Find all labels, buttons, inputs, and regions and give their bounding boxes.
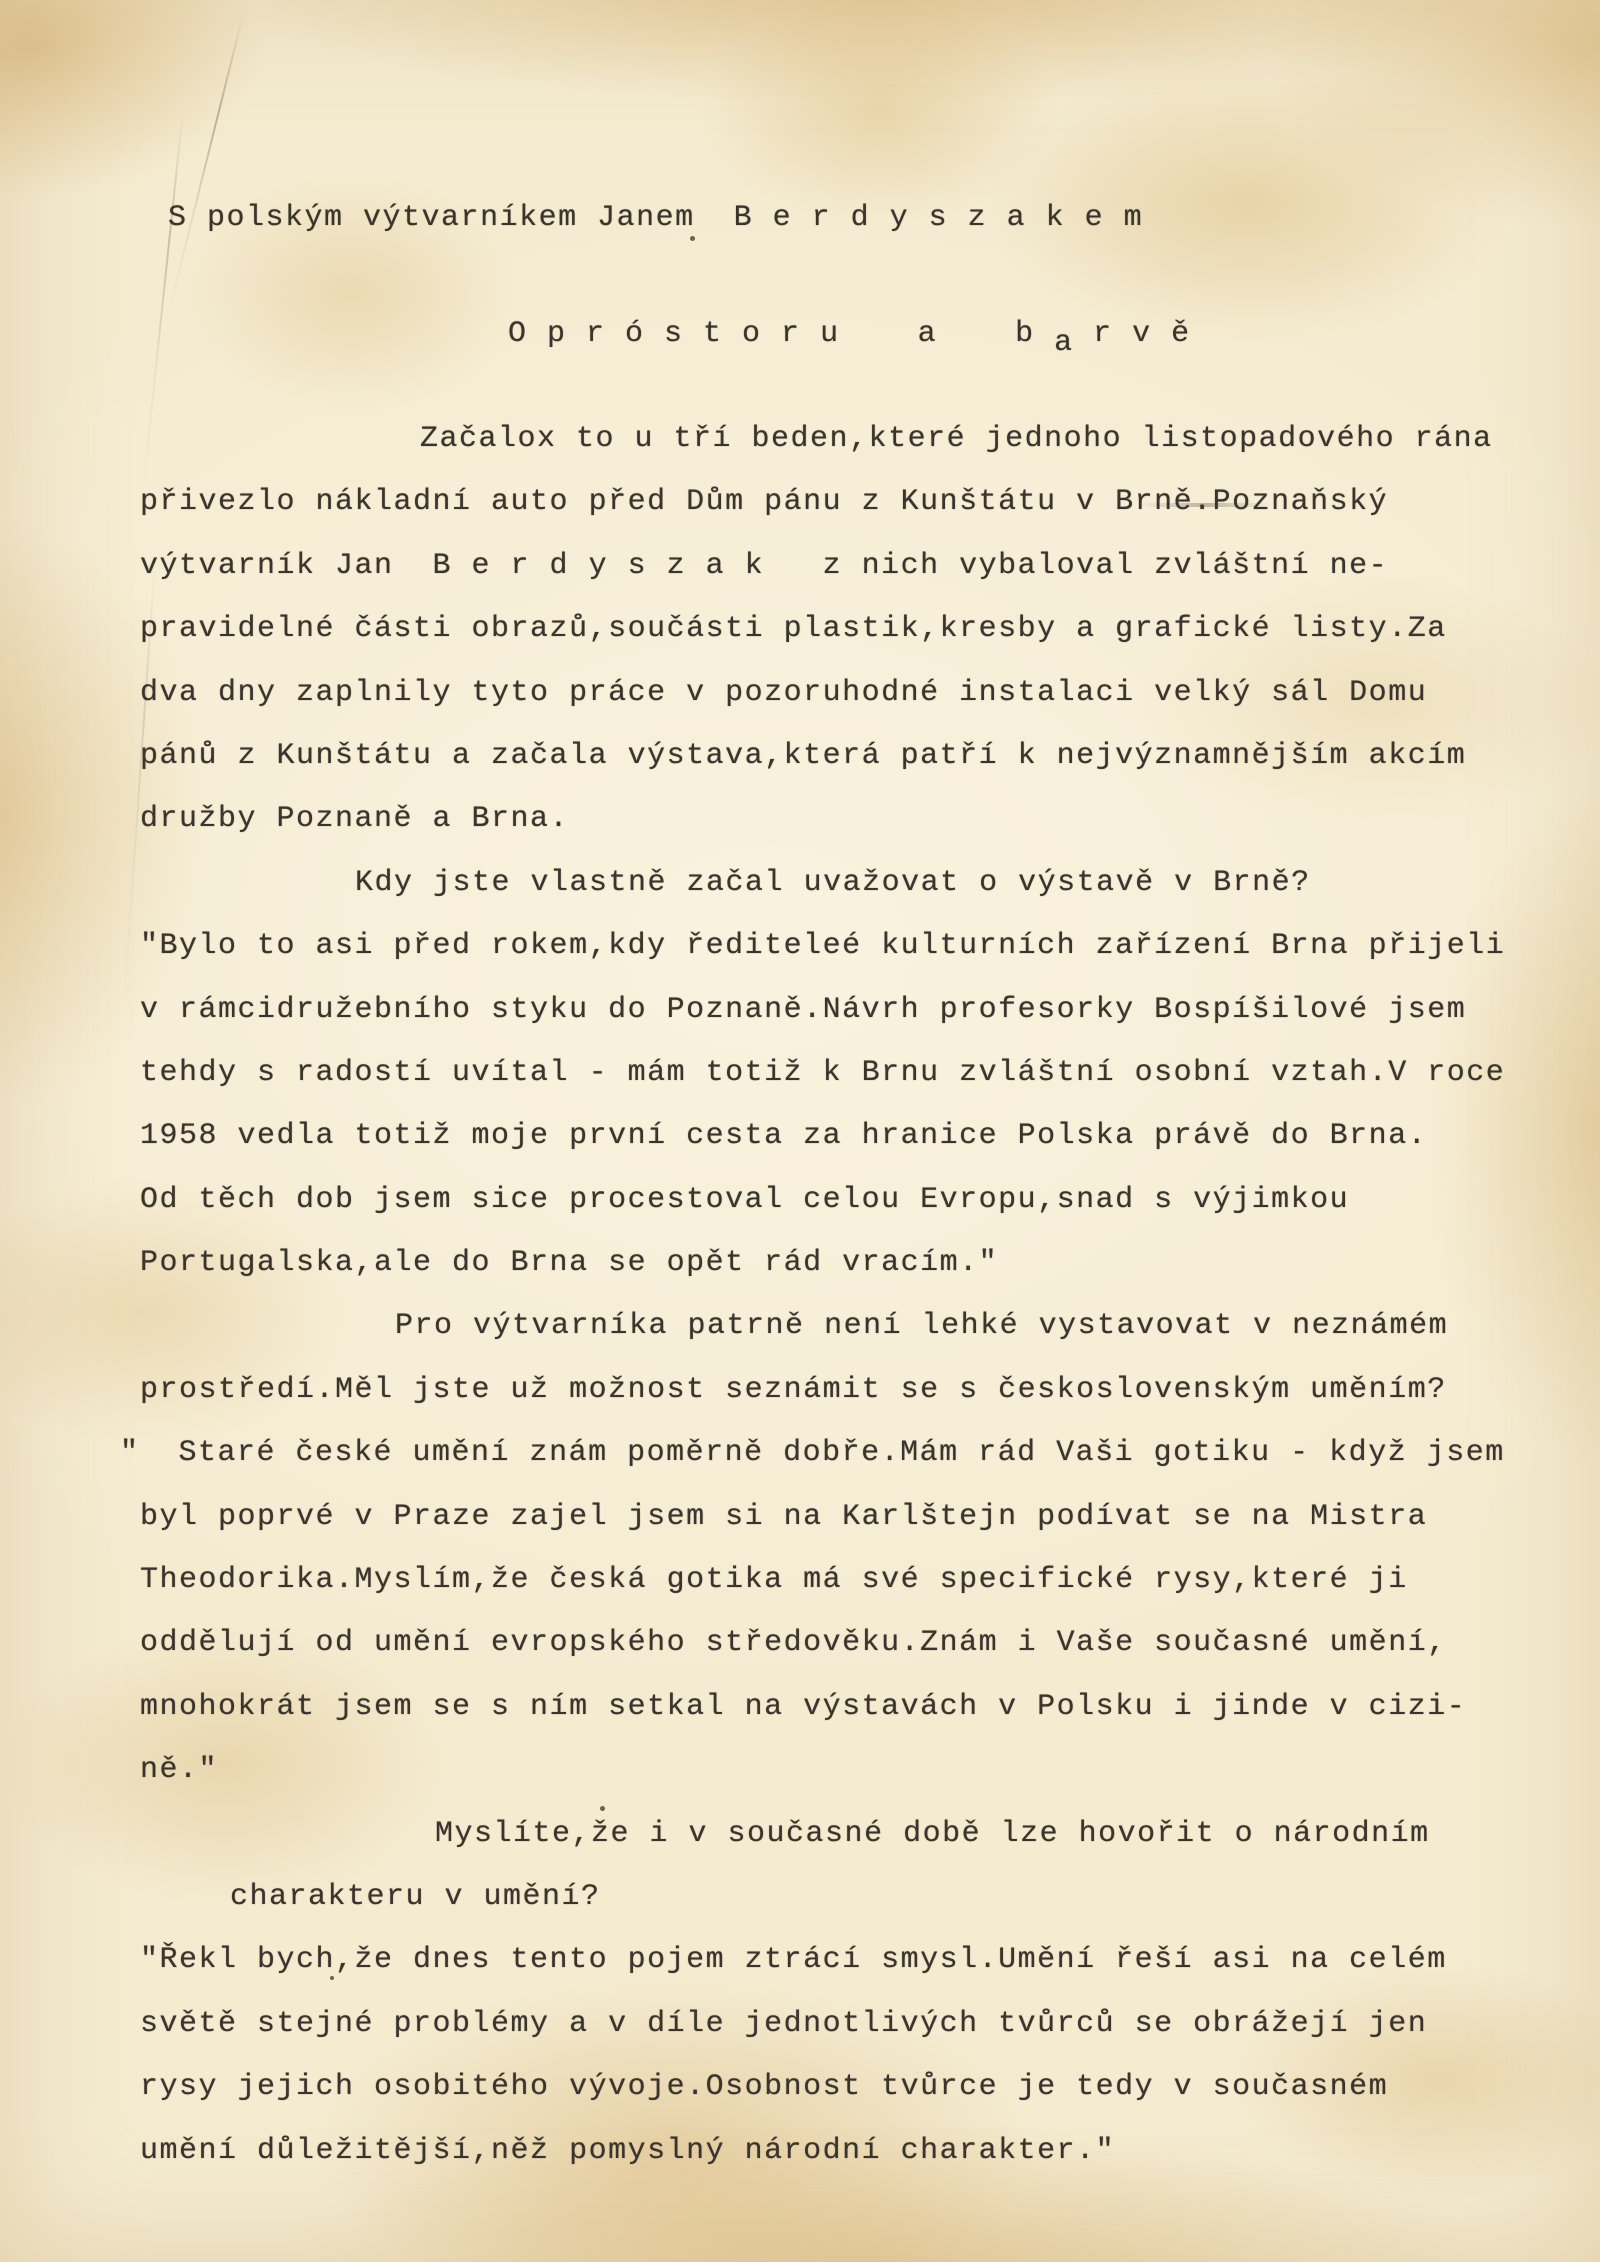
header-text: S polským výtvarníkem Janem B e r d y s …	[168, 201, 1143, 235]
typed-line: "Řekl bych,že dnes tento pojem ztrácí sm…	[140, 1929, 1505, 1992]
typed-line: byl poprvé v Praze zajel jsem si na Karl…	[140, 1486, 1505, 1549]
document-title: O p r ó s t o r u a b a r v ě	[430, 268, 1191, 400]
typed-line: ně."	[140, 1739, 1505, 1802]
typed-line: světě stejné problémy a v díle jednotliv…	[140, 1993, 1505, 2056]
title-post: r v ě	[1074, 317, 1191, 351]
typed-line: dva dny zaplnily tyto práce v pozoruhodn…	[140, 662, 1505, 725]
typed-line: pravidelné části obrazů,součásti plastik…	[140, 598, 1505, 661]
typed-line: " Staré české umění znám poměrně dobře.M…	[120, 1422, 1505, 1485]
typed-line: družby Poznaně a Brna.	[140, 788, 1505, 851]
typed-line: prostředí.Měl jste už možnost seznámit s…	[140, 1359, 1505, 1422]
typed-line: Pro výtvarníka patrně není lehké vystavo…	[395, 1295, 1505, 1358]
typed-line: Kdy jste vlastně začal uvažovat o výstav…	[355, 852, 1505, 915]
typed-line: v rámcidružebního styku do Poznaně.Návrh…	[140, 979, 1505, 1042]
typed-line: Portugalska,ale do Brna se opět rád vrac…	[140, 1232, 1505, 1295]
typed-line: mnohokrát jsem se s ním setkal na výstav…	[140, 1676, 1505, 1739]
typed-line: Od těch dob jsem sice procestoval celou …	[140, 1169, 1505, 1232]
typed-line: výtvarník Jan B e r d y s z a k z nich v…	[140, 535, 1505, 598]
typed-line: tehdy s radostí uvítal - mám totiž k Brn…	[140, 1042, 1505, 1105]
typed-line: Začalox to u tří beden,které jednoho lis…	[420, 408, 1505, 471]
typed-line: pánů z Kunštátu a začala výstava,která p…	[140, 725, 1505, 788]
typed-line: Theodorika.Myslím,že česká gotika má své…	[140, 1549, 1505, 1612]
typed-line: "Bylo to asi před rokem,kdy řediteleé ku…	[140, 915, 1505, 978]
document-page: S polským výtvarníkem Janem B e r d y s …	[0, 0, 1600, 2262]
title-subscript-letter: a	[1054, 326, 1074, 360]
typed-line: Myslíte,že i v současné době lze hovořit…	[435, 1803, 1505, 1866]
typed-line: charakteru v umění?	[230, 1866, 1505, 1929]
typed-line: oddělují od umění evropského středověku.…	[140, 1612, 1505, 1675]
typed-line: rysy jejich osobitého vývoje.Osobnost tv…	[140, 2056, 1505, 2119]
typed-line: umění důležitější,něž pomyslný národní c…	[140, 2120, 1505, 2183]
typed-line: přivezlo nákladní auto před Dům pánu z K…	[140, 471, 1505, 534]
typed-line: 1958 vedla totiž moje první cesta za hra…	[140, 1105, 1505, 1168]
document-body: Začalox to u tří beden,které jednoho lis…	[140, 408, 1505, 2183]
title-pre: O p r ó s t o r u a b	[508, 317, 1054, 351]
document-header: S polským výtvarníkem Janem B e r d y s …	[90, 158, 1143, 278]
